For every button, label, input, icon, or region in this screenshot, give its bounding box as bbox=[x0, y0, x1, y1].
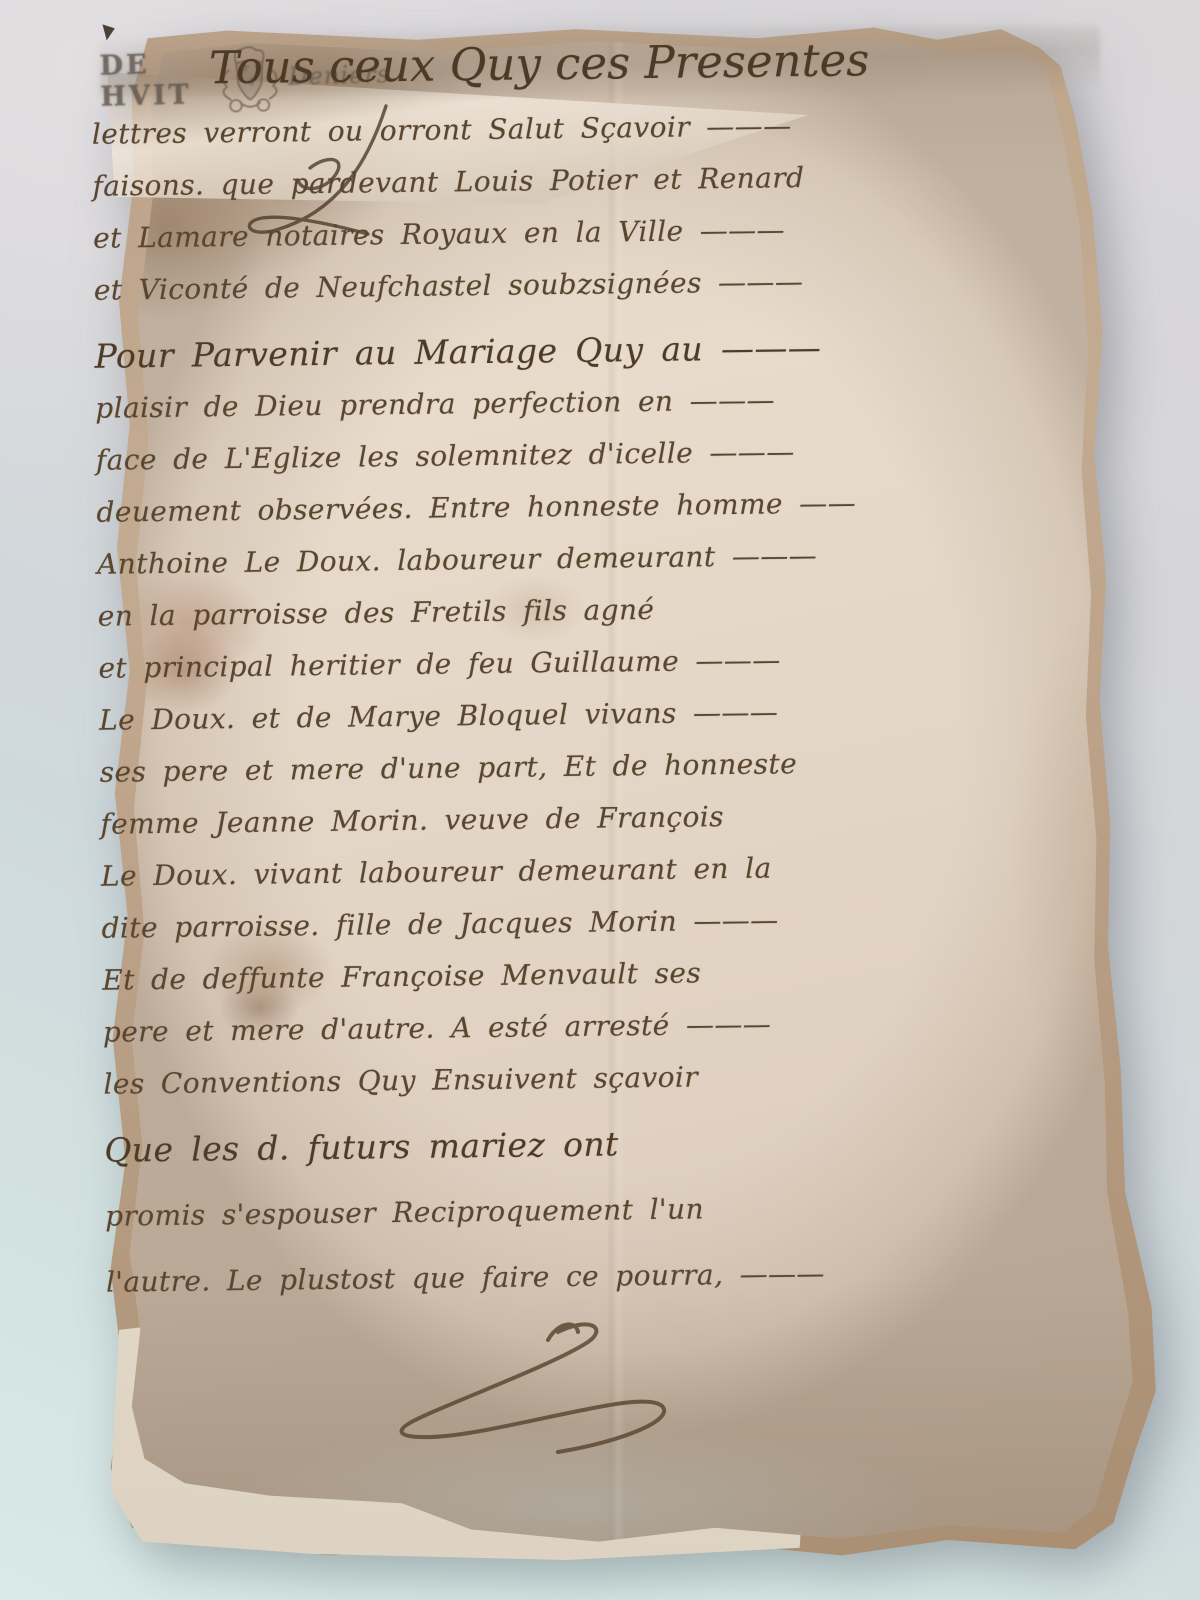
manuscript-line: face de L'Eglize les solemnitez d'icelle… bbox=[96, 425, 867, 486]
manuscript-line: plaisir de Dieu prendra perfection en ——… bbox=[95, 373, 866, 434]
manuscript-line: faisons. que pardevant Louis Potier et R… bbox=[92, 151, 863, 212]
manuscript-line: et Lamare notaires Royaux en la Ville ——… bbox=[93, 203, 864, 264]
manuscript-body: lettres verront ou orront Salut Sçavoir … bbox=[92, 99, 877, 1308]
manuscript-line: pere et mere d'autre. A esté arresté ——— bbox=[103, 997, 874, 1058]
manuscript-line: et Viconté de Neufchastel soubzsignées —… bbox=[94, 255, 865, 316]
manuscript-line: lettres verront ou orront Salut Sçavoir … bbox=[92, 99, 863, 160]
manuscript-line: Anthoine Le Doux. laboureur demeurant ——… bbox=[97, 529, 868, 590]
manuscript-line: en la parroisse des Fretils fils agné bbox=[97, 581, 868, 642]
manuscript-text: Tous ceux Quy ces Presentes lettres verr… bbox=[91, 21, 880, 1564]
manuscript-line: l'autre. Le plustost que faire ce pourra… bbox=[106, 1247, 877, 1308]
manuscript-line: Pour Parvenir au Mariage Quy au ——— bbox=[94, 321, 865, 382]
manuscript-line: deuement observées. Entre honneste homme… bbox=[96, 477, 867, 538]
manuscript-line: Et de deffunte Françoise Menvault ses bbox=[102, 945, 873, 1006]
manuscript-line: promis s'espouser Reciproquement l'un bbox=[105, 1181, 876, 1242]
manuscript-line: dite parroisse. fille de Jacques Morin —… bbox=[101, 893, 872, 954]
manuscript-line: Le Doux. et de Marye Bloquel vivans ——— bbox=[99, 685, 870, 746]
manuscript-photo: DE HVIT ⚜⚜⚜ Deniers Tous ceux Quy ces Pr… bbox=[100, 26, 1160, 1560]
manuscript-line: les Conventions Quy Ensuivent sçavoir bbox=[103, 1049, 874, 1110]
manuscript-line: ses pere et mere d'une part, Et de honne… bbox=[99, 737, 870, 798]
manuscript-heading: Tous ceux Quy ces Presentes bbox=[91, 21, 862, 108]
manuscript-line: et principal heritier de feu Guillaume —… bbox=[98, 633, 869, 694]
manuscript-line: femme Jeanne Morin. veuve de François bbox=[100, 789, 871, 850]
manuscript-line: Le Doux. vivant laboureur demeurant en l… bbox=[101, 841, 872, 902]
manuscript-line: Que les d. futurs mariez ont bbox=[104, 1115, 875, 1176]
